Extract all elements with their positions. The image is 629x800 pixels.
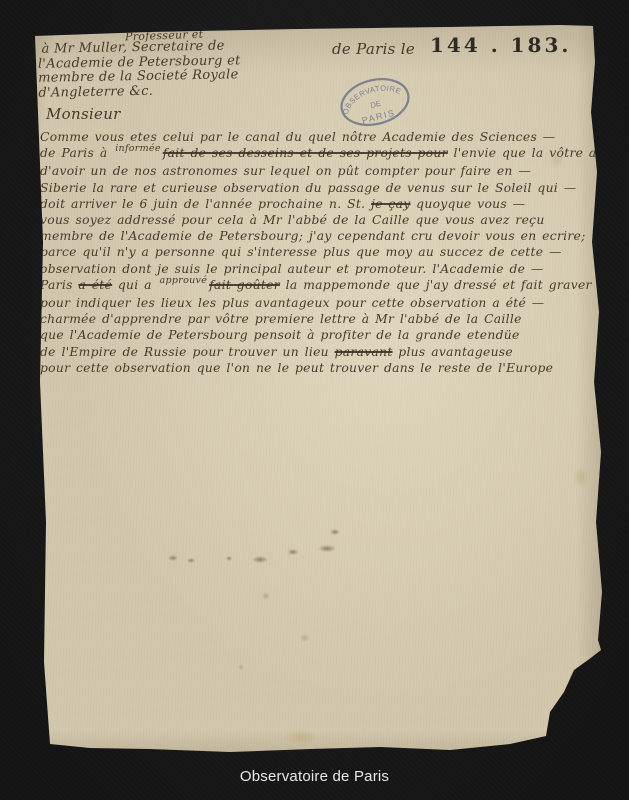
text-segment: Comme vous etes celui par le canal du qu… <box>40 130 555 144</box>
text-segment: qui a <box>112 278 157 292</box>
letter-line: de Paris à informéefait de ses desseins … <box>40 145 592 163</box>
observatory-stamp: OBSERVATOIRE DE PARIS <box>330 65 419 138</box>
text-segment: quoyque vous — <box>410 197 525 211</box>
letter-line: pour indiquer les lieux les plus avantag… <box>40 295 592 311</box>
smudge <box>238 664 244 670</box>
smudge <box>287 549 299 555</box>
letter-line: pour cette observation que l'on ne le pe… <box>40 360 592 376</box>
text-segment: observation dont je suis le principal au… <box>40 262 544 276</box>
smudge <box>262 592 270 600</box>
letter-line: que l'Academie de Petersbourg pensoit à … <box>40 327 592 343</box>
caption: Observatoire de Paris <box>0 768 629 785</box>
letter-line: vous soyez addressé pour cela à Mr l'abb… <box>40 212 592 228</box>
text-segment: d'avoir un de nos astronomes sur lequel … <box>40 164 531 178</box>
text-segment: pour indiquer les lieux les plus avantag… <box>40 296 544 310</box>
inserted-text: approuvé <box>160 275 208 286</box>
text-segment: pour cette observation que l'on ne le pe… <box>40 361 553 375</box>
recipient-insertion: Professeur et <box>125 28 204 44</box>
struck-text: fait de ses desseins et de ses projets p… <box>163 146 448 160</box>
text-segment: que l'Academie de Petersbourg pensoit à … <box>40 328 520 342</box>
letter-line: Siberie la rare et curieuse observation … <box>40 180 592 196</box>
stamp-text-top: OBSERVATOIRE <box>336 78 406 117</box>
struck-text: fait goûter <box>209 278 280 292</box>
struck-text: a été <box>78 278 112 292</box>
struck-text: paravant <box>335 345 393 359</box>
smudge <box>187 558 195 563</box>
letter-line: charmée d'apprendre par vôtre premiere l… <box>40 311 592 327</box>
letter-line: observation dont je suis le principal au… <box>40 261 592 277</box>
archive-photo: à Mr Muller, Secretaire del'Academie de … <box>0 0 629 800</box>
stamp-text-middle: DE <box>369 99 381 110</box>
letter-body: Comme vous etes celui par le canal du qu… <box>40 129 592 376</box>
text-segment: charmée d'apprendre par vôtre premiere l… <box>40 312 522 326</box>
struck-text: je çay <box>371 197 410 211</box>
text-segment: la mappemonde que j'ay dressé et fait gr… <box>280 278 610 292</box>
text-segment: Siberie la rare et curieuse observation … <box>40 181 576 195</box>
dateline: de Paris le <box>332 40 415 58</box>
text-segment: de Paris à <box>40 146 113 160</box>
stamp-oval-icon: OBSERVATOIRE DE PARIS <box>330 65 419 138</box>
smudge <box>226 556 232 561</box>
letter-line: membre de l'Academie de Petersbourg; j'a… <box>40 228 592 244</box>
text-segment: parce qu'il n'y a personne qui s'interes… <box>40 245 562 259</box>
letter-line: d'avoir un de nos astronomes sur lequel … <box>40 163 592 179</box>
letter-line: Paris a été qui a approuvéfait goûter la… <box>40 277 592 295</box>
smudge <box>330 529 340 535</box>
text-segment: l'envie que la vôtre a eüe <box>448 146 626 160</box>
smudge <box>252 556 268 563</box>
smudge <box>300 634 310 642</box>
paper-stain <box>285 730 317 744</box>
archival-number: 144 . 183. <box>430 33 571 57</box>
paper-stain <box>573 466 589 488</box>
salutation: Monsieur <box>46 105 121 123</box>
text-segment: vous soyez addressé pour cela à Mr l'abb… <box>40 213 545 227</box>
text-segment: d'Angleterre &c. <box>38 83 153 100</box>
letter-line: doit arriver le 6 juin de l'année procha… <box>40 196 592 212</box>
smudge <box>168 555 178 561</box>
paper-stain <box>550 150 564 168</box>
letter-line: parce qu'il n'y a personne qui s'interes… <box>40 244 592 260</box>
manuscript-paper: à Mr Muller, Secretaire del'Academie de … <box>30 22 605 759</box>
letter-line: de l'Empire de Russie pour trouver un li… <box>40 344 592 360</box>
smudge <box>318 545 336 552</box>
text-segment: de l'Empire de Russie pour trouver un li… <box>40 345 335 359</box>
text-segment: membre de l'Academie de Petersbourg; j'a… <box>40 229 586 243</box>
text-segment: plus avantageuse <box>393 345 513 359</box>
recipient-line: d'Angleterre &c. <box>38 83 241 101</box>
inserted-text: informée <box>115 143 161 154</box>
recipient-block: à Mr Muller, Secretaire del'Academie de … <box>38 39 242 101</box>
text-segment: doit arriver le 6 juin de l'année procha… <box>40 197 371 211</box>
svg-text:OBSERVATOIRE: OBSERVATOIRE <box>336 78 406 117</box>
text-segment: Paris <box>40 278 78 292</box>
